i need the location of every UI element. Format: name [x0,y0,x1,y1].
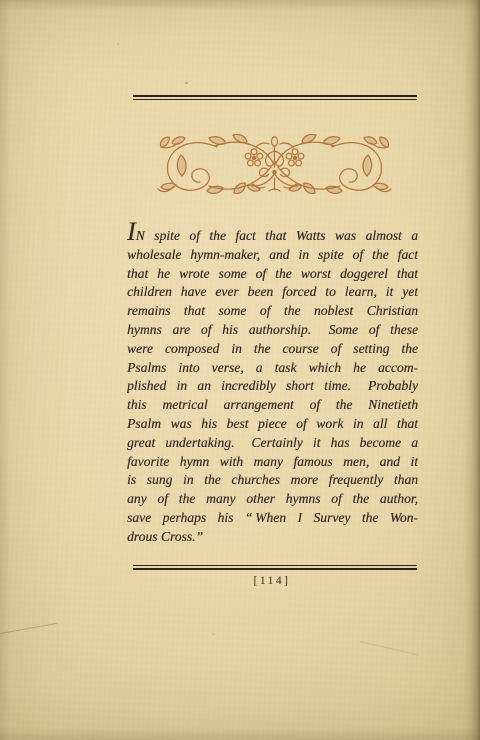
top-edge-shadow [0,0,480,10]
bottom-edge-shadow [0,728,480,740]
paragraph-line-text: N spite of the fact that Watts was almos… [136,228,418,243]
page-number: [114] [130,575,414,587]
paper-speck [212,633,215,635]
paper-speck [117,43,119,45]
floral-ornament [157,134,392,194]
right-edge-shadow [464,0,480,740]
palmette [248,137,302,191]
paper-speck [185,82,188,84]
book-page: IN spite of the fact that Watts was almo… [0,0,480,740]
paper-crease [360,641,419,655]
paragraph-line: any of the many other hymns of the autho… [127,490,418,509]
drop-cap-initial: I [127,217,136,246]
paragraph-line: wholesale hymn-maker, and in spite of th… [127,246,418,265]
paragraph: IN spite of the fact that Watts was almo… [127,227,418,547]
paragraph-line: hymns are of his authorship. Some of the… [127,321,418,340]
top-double-rule [133,95,417,100]
paragraph-line: children have ever been forced to learn,… [127,283,418,302]
paper-crease [0,623,57,634]
paragraph-line: that he wrote some of the worst doggerel… [127,265,418,284]
paragraph-line: this metrical arrangement of the Ninetie… [127,396,418,415]
paragraph-line: Psalms into verse, a task which he accom… [127,359,418,378]
paragraph-line: is sung in the churches more frequently … [127,471,418,490]
floral-scroll-headpiece-icon [157,134,392,194]
paragraph-line: save perhaps his “ When I Survey the Won… [127,509,418,528]
paragraph-line: favorite hymn with many famous men, and … [127,453,418,472]
paragraph-line: Psalm was his best piece of work in all … [127,415,418,434]
left-edge-shadow [0,0,10,740]
paragraph-line: were composed in the course of setting t… [127,340,418,359]
paragraph-line: drous Cross.” [127,528,418,547]
bottom-double-rule [133,565,417,570]
paragraph-line: great undertaking. Certainly it has beco… [127,434,418,453]
paragraph-line: plished in an incredibly short time. Pro… [127,377,418,396]
paragraph-line: remains that some of the noblest Christi… [127,302,418,321]
paragraph-line: IN spite of the fact that Watts was almo… [127,227,418,246]
